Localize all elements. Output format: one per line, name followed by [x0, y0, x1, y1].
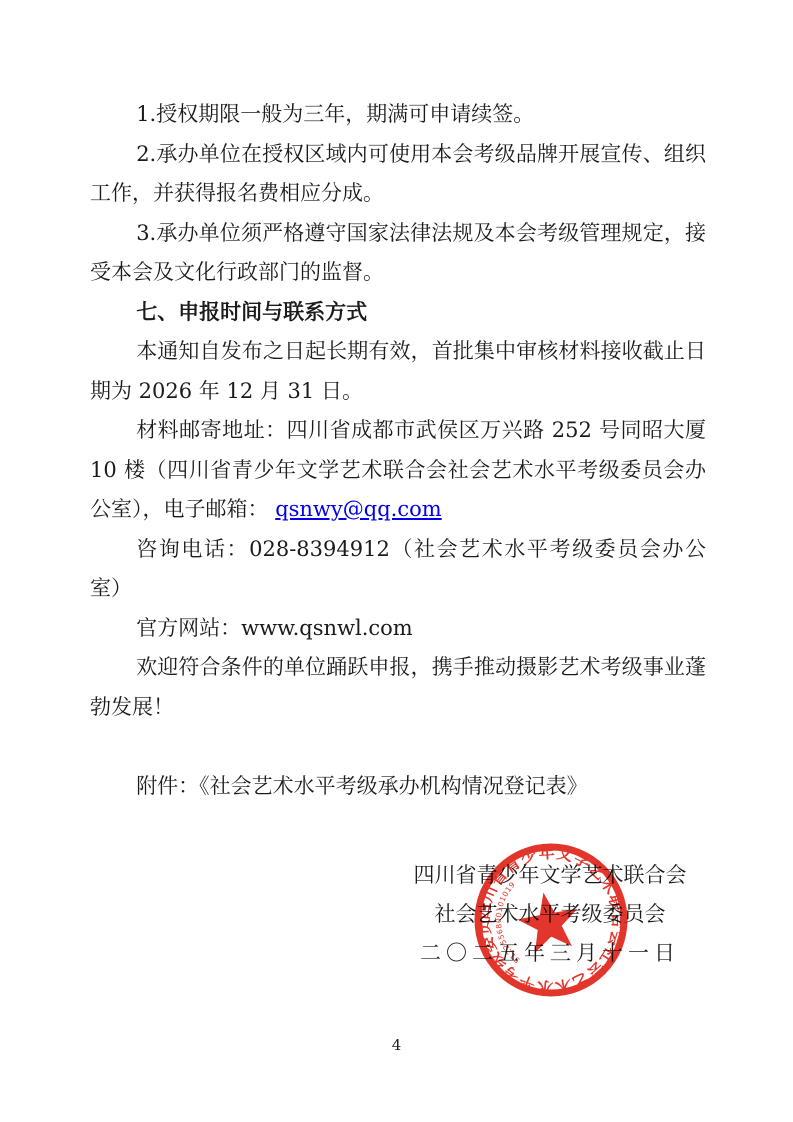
attachment-line: 附件：《社会艺术水平考级承办机构情况登记表》	[90, 767, 706, 807]
signature-org-line1: 四川省青少年文学艺术联合会	[385, 856, 715, 895]
signature-date: 二〇二五年三月十一日	[385, 934, 715, 973]
document-body: 1.授权期限一般为三年，期满可申请续签。 2.承办单位在授权区域内可使用本会考级…	[90, 95, 706, 806]
paragraph-mailing-address: 材料邮寄地址：四川省成都市武侯区万兴路 252 号同昭大厦 10 楼（四川省青少…	[90, 411, 706, 530]
list-item-1: 1.授权期限一般为三年，期满可申请续签。	[90, 95, 706, 135]
paragraph-website: 官方网站：www.qsnwl.com	[90, 609, 706, 649]
document-page: 1.授权期限一般为三年，期满可申请续签。 2.承办单位在授权区域内可使用本会考级…	[0, 0, 793, 1122]
signature-org-line2: 社会艺术水平考级委员会	[385, 895, 715, 934]
paragraph-phone: 咨询电话：028-8394912（社会艺术水平考级委员会办公室）	[90, 530, 706, 609]
list-item-3: 3.承办单位须严格遵守国家法律法规及本会考级管理规定，接受本会及文化行政部门的监…	[90, 214, 706, 293]
email-link[interactable]: qsnwy@qq.com	[275, 497, 441, 521]
paragraph-validity: 本通知自发布之日起长期有效，首批集中审核材料接收截止日期为 2026 年 12 …	[90, 332, 706, 411]
paragraph-welcome: 欢迎符合条件的单位踊跃申报，携手推动摄影艺术考级事业蓬勃发展！	[90, 648, 706, 727]
section-heading-7: 七、申报时间与联系方式	[90, 293, 706, 333]
list-item-2: 2.承办单位在授权区域内可使用本会考级品牌开展宣传、组织工作，并获得报名费相应分…	[90, 135, 706, 214]
signature-block: 四川省青少年文学艺术联合会 社会艺术水平考级委员会 二〇二五年三月十一日	[385, 856, 715, 974]
page-number: 4	[0, 1036, 793, 1054]
